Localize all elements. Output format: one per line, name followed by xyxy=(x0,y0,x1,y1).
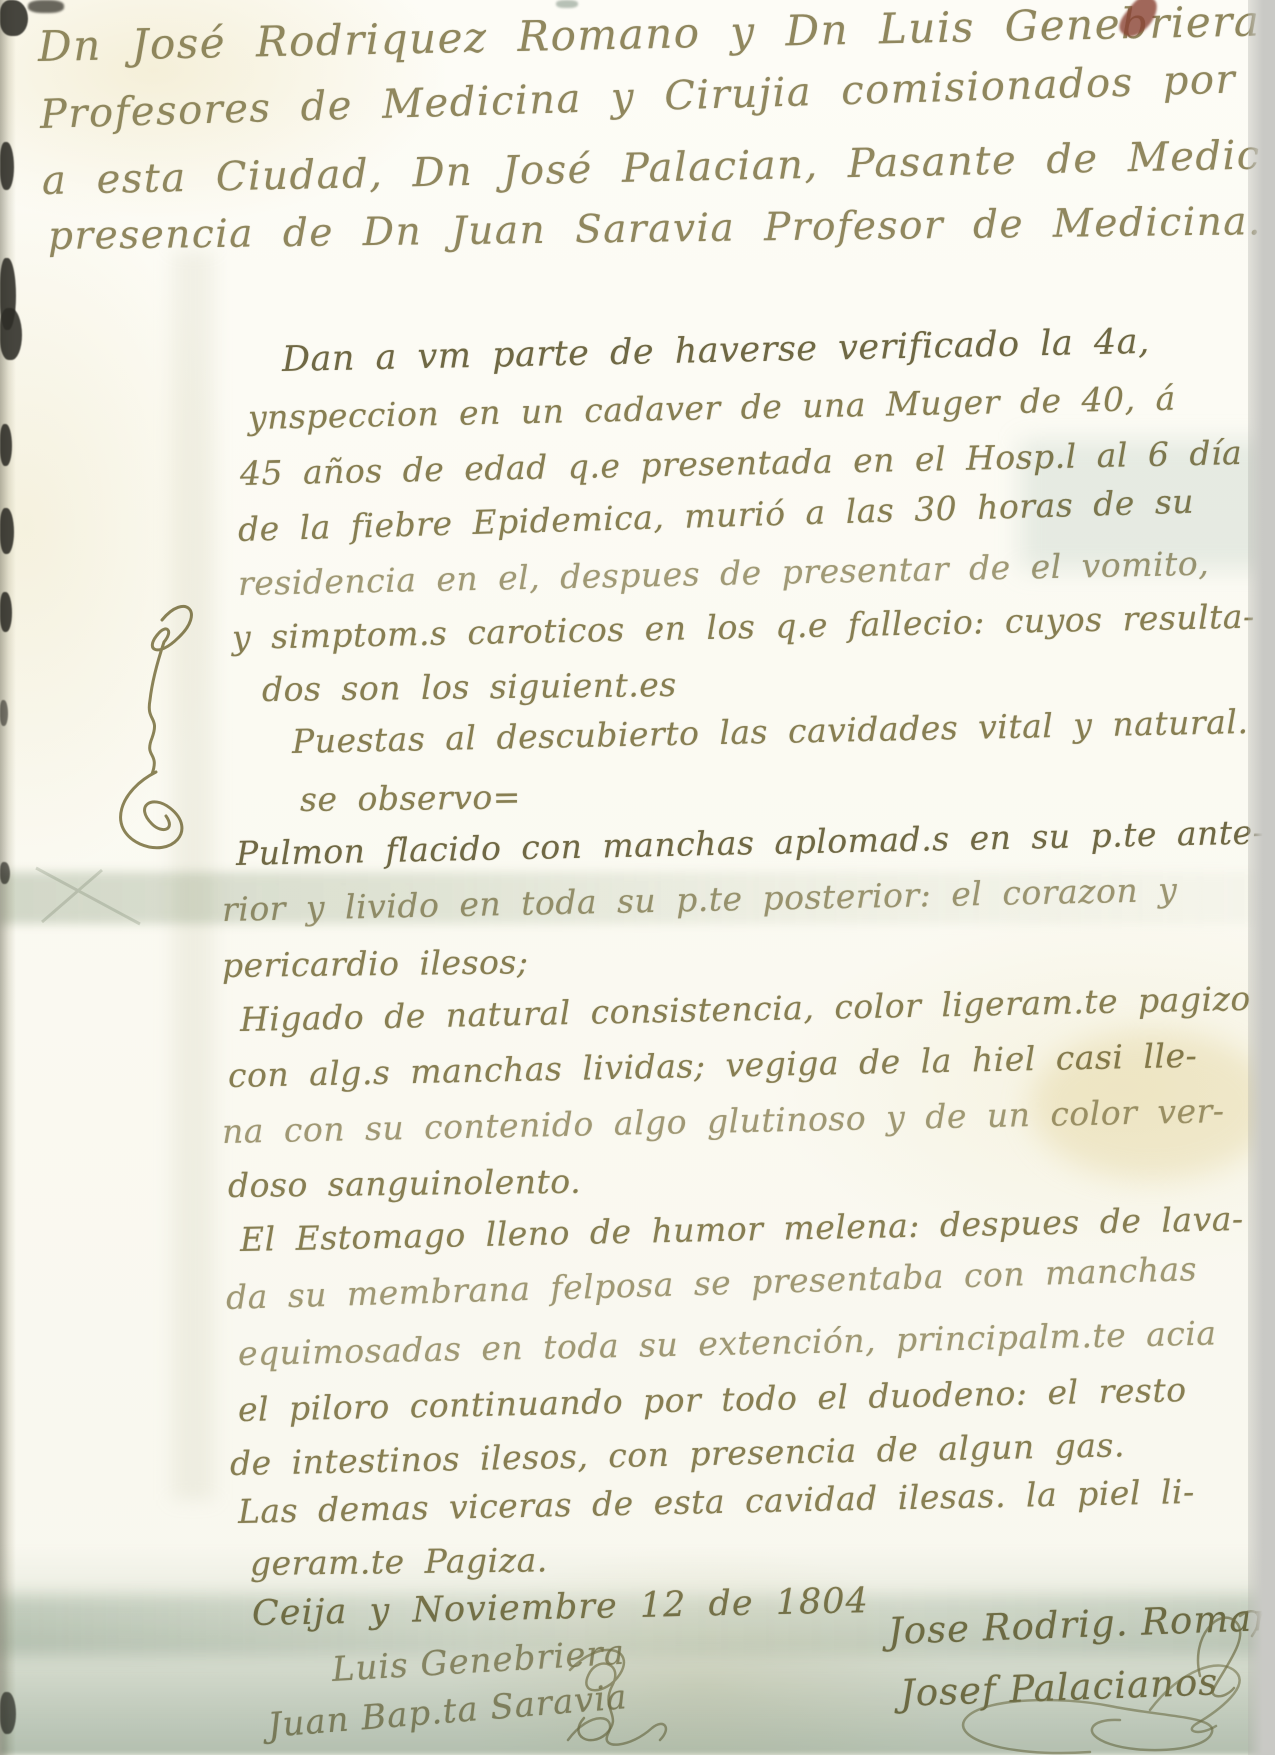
manuscript-line: Puestas al descubierto las cavidades vit… xyxy=(292,702,1249,761)
manuscript-line: pericardio ilesos; xyxy=(222,942,529,985)
manuscript-line: rior y livido en toda su p.te posterior:… xyxy=(222,870,1178,929)
scan-edge-blot xyxy=(0,424,12,466)
manuscript-scan-page: Dn José Rodriquez Romano y Dn Luis Geneb… xyxy=(0,0,1275,1755)
scan-left-edge xyxy=(0,0,16,1755)
scan-right-edge xyxy=(1248,0,1275,1755)
scan-edge-blot xyxy=(0,0,28,36)
manuscript-line: dos son los siguient.es xyxy=(262,665,677,709)
scan-edge-blot xyxy=(0,258,16,330)
manuscript-line: a esta Ciudad, Dn José Palacian, Pasante… xyxy=(42,129,1275,204)
scan-top-blot xyxy=(28,0,64,13)
manuscript-line: de intestinos ilesos, con presencia de a… xyxy=(230,1425,1126,1483)
margin-rubric-flourish xyxy=(100,590,220,870)
manuscript-line: Pulmon flacido con manchas aplomad.s en … xyxy=(236,812,1265,873)
manuscript-line: equimosadas en toda su extención, princi… xyxy=(238,1314,1217,1373)
manuscript-line: na con su contenido algo glutinoso y de … xyxy=(222,1091,1225,1151)
manuscript-line: con alg.s manchas lividas; vegiga de la … xyxy=(228,1036,1198,1095)
scan-edge-blot xyxy=(0,700,8,726)
pencil-mark xyxy=(28,862,148,932)
manuscript-line: geram.te Pagiza. xyxy=(250,1540,548,1583)
rubric-palacianos-tail xyxy=(1140,1650,1260,1740)
manuscript-line: da su membrana felposa se presentaba con… xyxy=(225,1249,1197,1317)
scan-edge-blot xyxy=(0,508,14,554)
manuscript-line: Las demas viceras de esta cavidad ilesas… xyxy=(238,1472,1195,1531)
rubric-saravia xyxy=(560,1700,680,1755)
manuscript-line: presencia de Dn Juan Saravia Profesor de… xyxy=(48,199,1262,259)
scan-edge-blot xyxy=(0,1692,16,1734)
manuscript-line: ynspeccion en un cadaver de una Muger de… xyxy=(248,379,1176,437)
manuscript-line: de la fiebre Epidemica, murió a las 30 h… xyxy=(237,482,1194,549)
manuscript-line: se observo= xyxy=(300,777,521,819)
manuscript-line: el piloro continuando por todo el duoden… xyxy=(238,1370,1187,1429)
manuscript-line: y simptom.s caroticos en los q.e falleci… xyxy=(232,597,1255,657)
manuscript-line: residencia en el, despues de presentar d… xyxy=(238,544,1210,603)
scan-edge-blot xyxy=(0,862,10,884)
paper-crease xyxy=(172,250,214,1500)
manuscript-line: doso sanguinolento. xyxy=(228,1162,582,1205)
manuscript-line: El Estomago lleno de humor melena: despu… xyxy=(240,1199,1244,1259)
manuscript-line: Dan a vm parte de haverse verificado la … xyxy=(282,322,1150,380)
manuscript-line: Higado de natural consistencia, color li… xyxy=(240,979,1252,1039)
scan-edge-blot xyxy=(0,142,14,190)
scan-top-streak xyxy=(556,0,578,8)
scan-edge-blot xyxy=(0,592,12,632)
scan-edge-blot xyxy=(0,308,22,360)
dateline: Ceija y Noviembre 12 de 1804 xyxy=(252,1581,870,1634)
